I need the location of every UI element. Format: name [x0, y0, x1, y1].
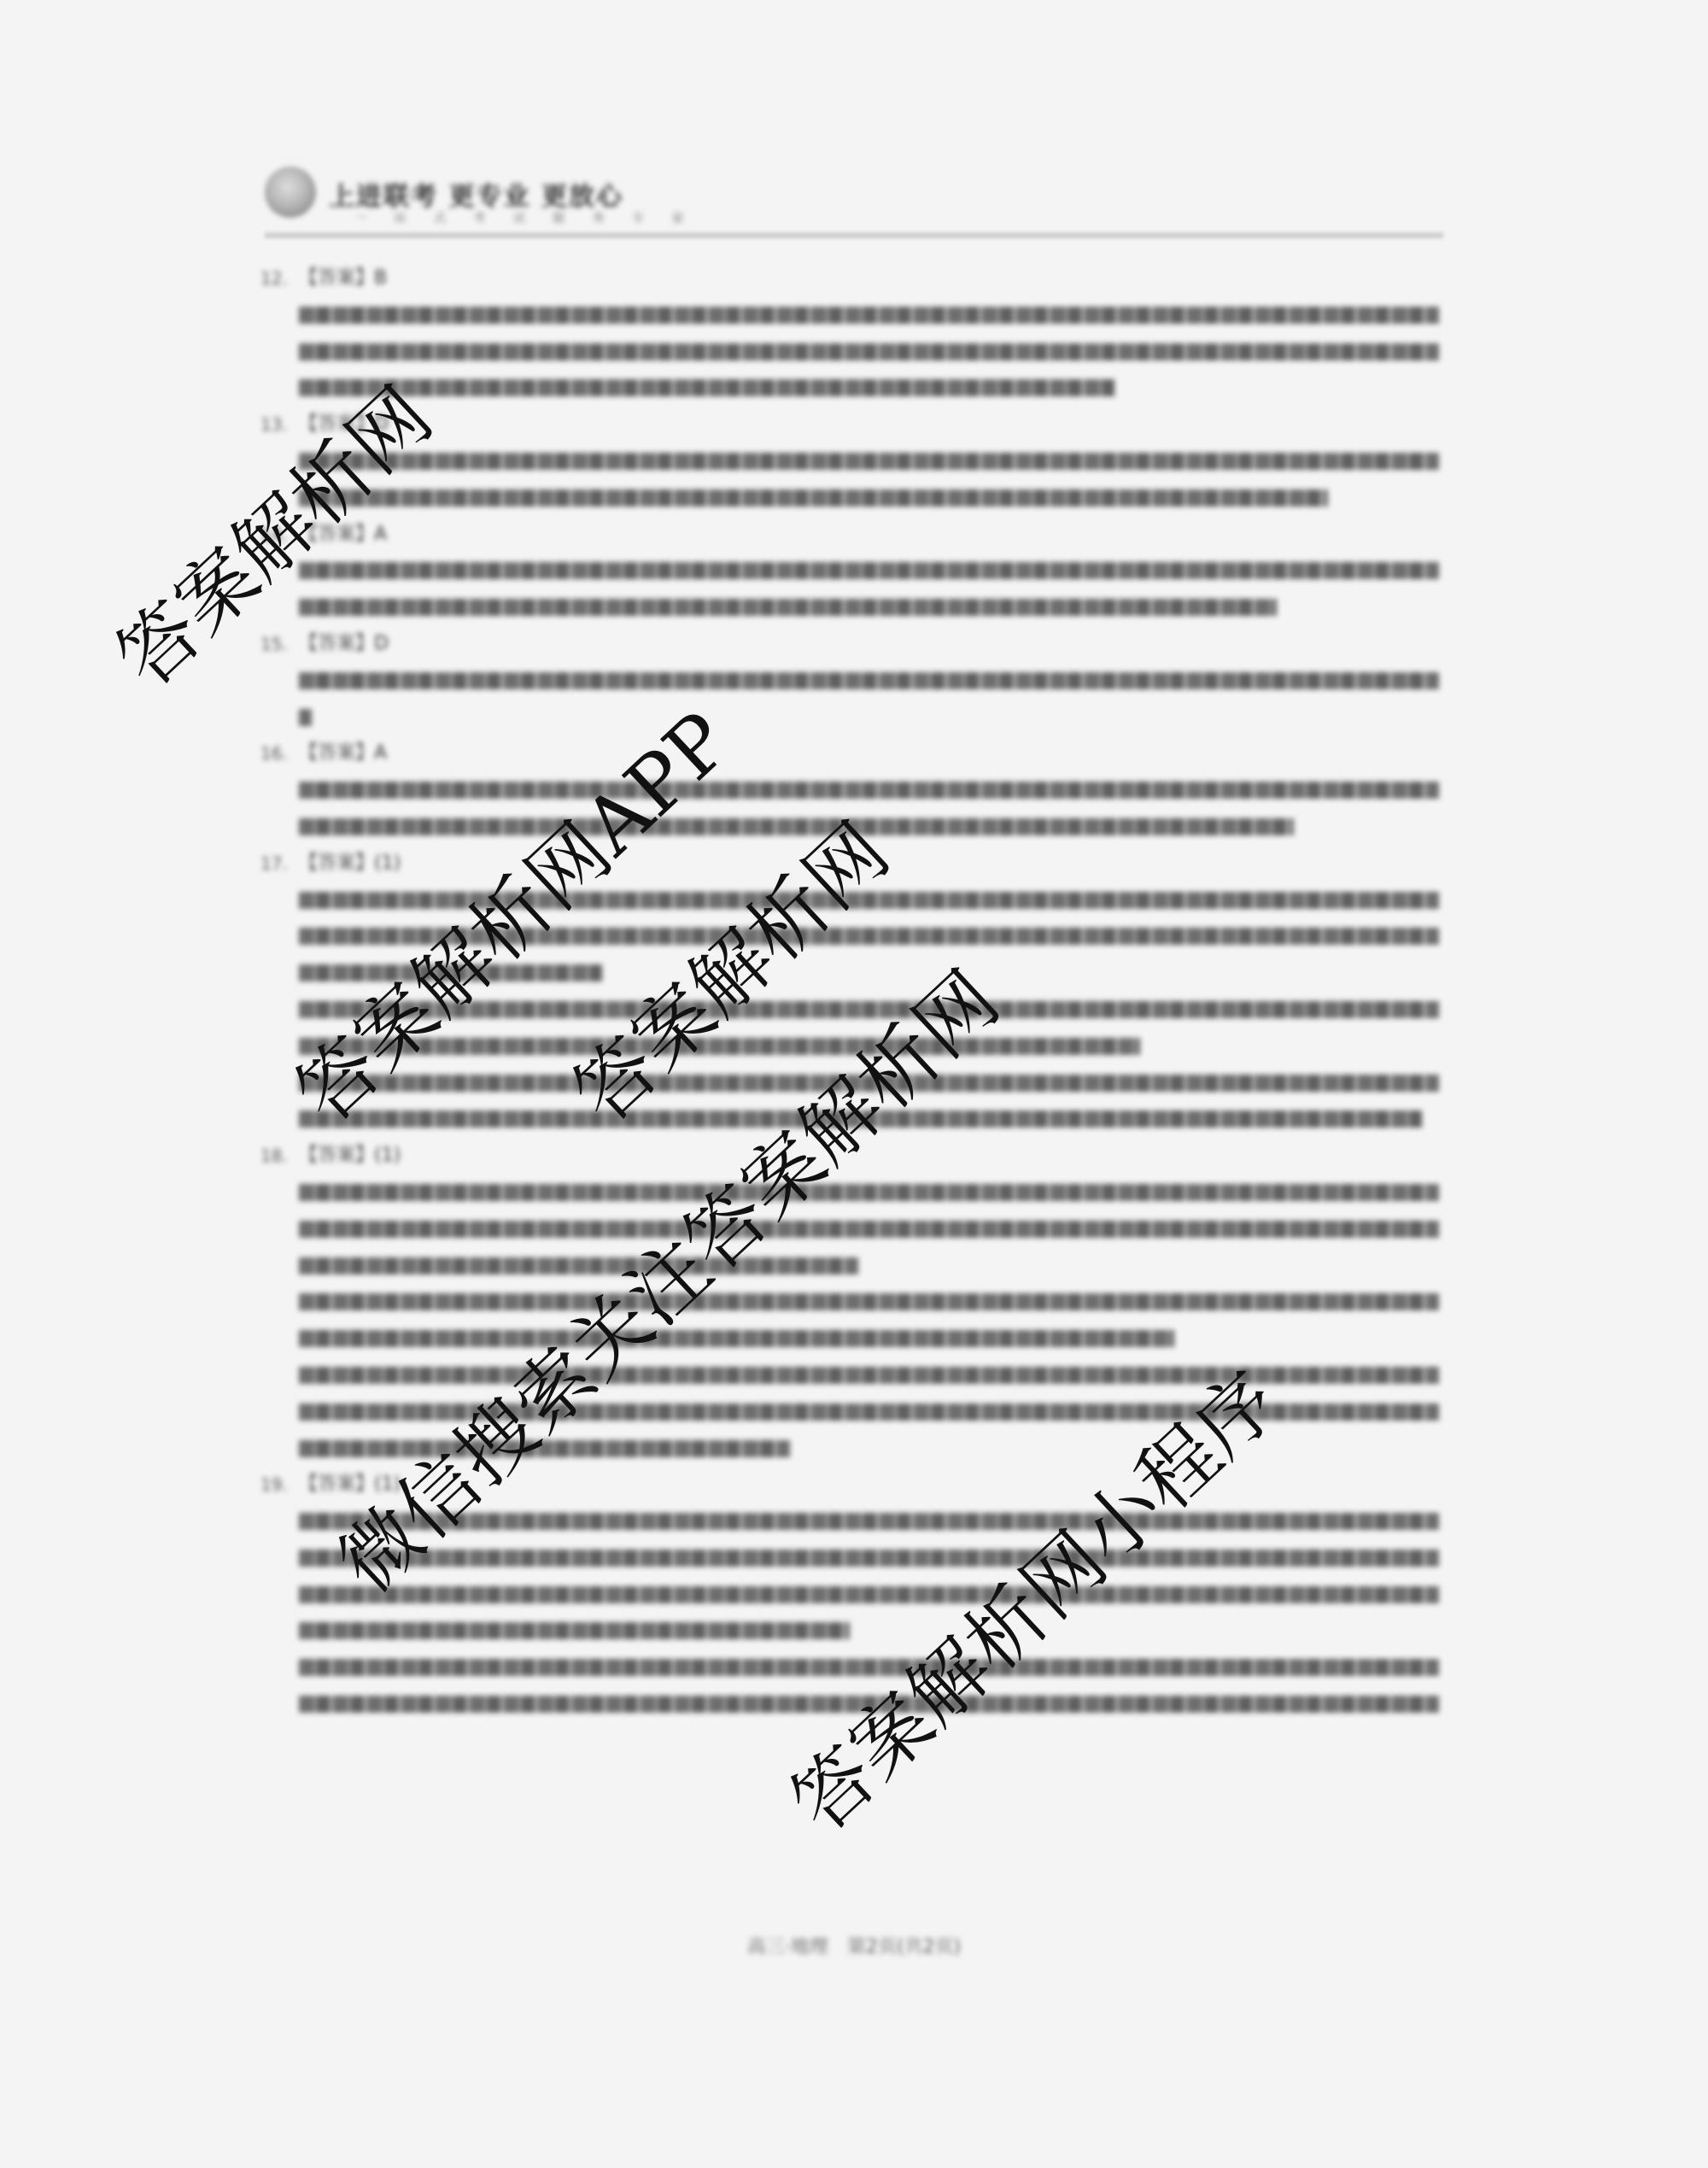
question-number: 19. — [260, 1467, 295, 1503]
header-divider — [265, 232, 1443, 238]
analysis-line — [260, 370, 1448, 407]
answer-line: 15.【答案】D — [260, 626, 1448, 663]
question-number: 15. — [260, 626, 295, 663]
analysis-line — [260, 663, 1448, 700]
answer-label: 【答案】B — [299, 261, 1448, 297]
analysis-line — [260, 1248, 1448, 1285]
analysis-line — [260, 297, 1448, 334]
answer-label: 【答案】D — [299, 407, 1448, 443]
question-number: 18. — [260, 1138, 295, 1175]
page-footer: 高三·地理 第2页(共2页) — [0, 1932, 1708, 1959]
answer-line: 12.【答案】B — [260, 261, 1448, 297]
analysis-line — [260, 1357, 1448, 1394]
answer-label: 【答案】A — [299, 735, 1448, 772]
answer-line: 16.【答案】A — [260, 735, 1448, 772]
analysis-line — [260, 480, 1448, 517]
brand-logo-icon — [265, 167, 316, 218]
question-block: 12.【答案】B — [260, 261, 1448, 407]
analysis-line — [260, 1211, 1448, 1248]
document-page: 上进联考 更专业 更放心 一 站 式 考 试 服 务 专 家 12.【答案】B1… — [0, 0, 1708, 2168]
analysis-line — [260, 1649, 1448, 1686]
answer-label: 【答案】D — [299, 626, 1448, 663]
analysis-line — [260, 1175, 1448, 1211]
question-number: 17. — [260, 846, 295, 882]
analysis-line — [260, 589, 1448, 626]
question-block: 13.【答案】D — [260, 407, 1448, 516]
analysis-line — [260, 700, 1448, 736]
brand-subtitle: 一 站 式 考 试 服 务 专 家 — [354, 209, 696, 226]
question-block: 15.【答案】D — [260, 626, 1448, 735]
brand-name: 上进联考 更专业 更放心 — [329, 175, 623, 213]
question-number: 13. — [260, 407, 295, 443]
question-block: 14.【答案】A — [260, 517, 1448, 626]
analysis-line — [260, 1577, 1448, 1614]
analysis-line — [260, 772, 1448, 809]
analysis-line — [260, 1284, 1448, 1321]
question-number: 12. — [260, 261, 295, 297]
answer-line: 14.【答案】A — [260, 517, 1448, 554]
question-number: 16. — [260, 735, 295, 772]
analysis-line — [260, 443, 1448, 480]
analysis-line — [260, 1321, 1448, 1357]
analysis-line — [260, 334, 1448, 371]
answer-label: 【答案】A — [299, 517, 1448, 554]
analysis-line — [260, 553, 1448, 589]
analysis-line — [260, 1613, 1448, 1649]
